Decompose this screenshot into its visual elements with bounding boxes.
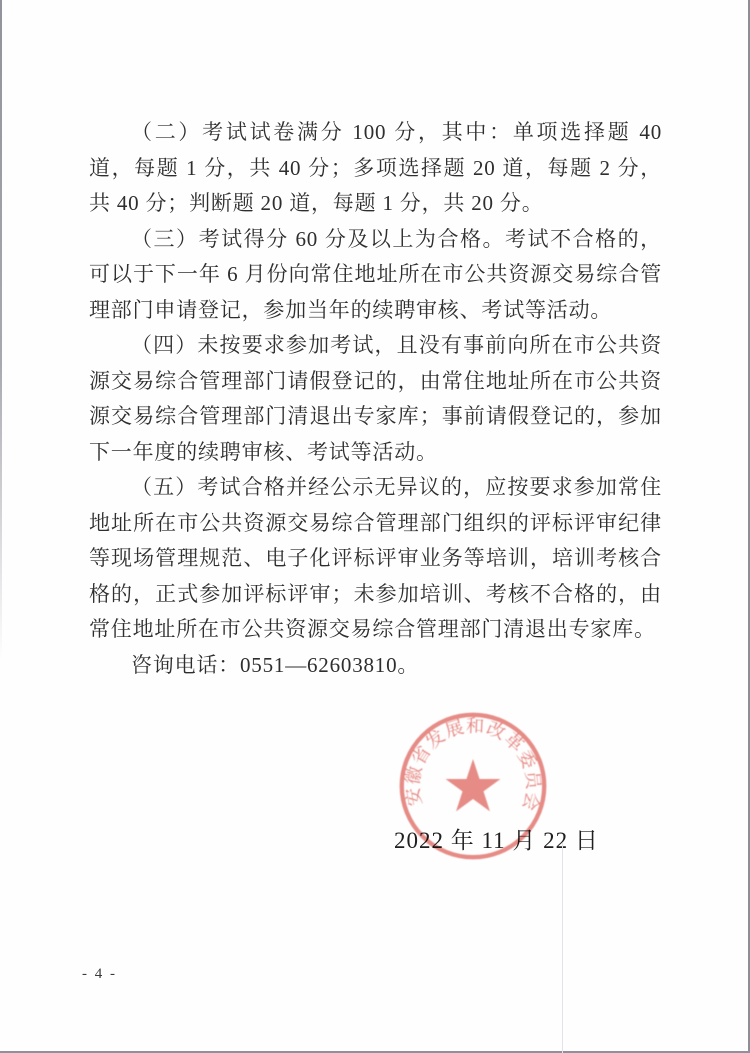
contact-phone-line: 咨询电话：0551—62603810。 <box>89 648 662 684</box>
document-body: （二）考试试卷满分 100 分，其中：单项选择题 40 道，每题 1 分，共 4… <box>89 115 662 683</box>
seal-graphic: 安徽省发展和改革委员会 <box>396 709 550 863</box>
page-number: - 4 - <box>82 966 117 983</box>
star-icon <box>446 759 501 811</box>
scan-edge-left <box>0 0 2 660</box>
paragraph-exam-score: （二）考试试卷满分 100 分，其中：单项选择题 40 道，每题 1 分，共 4… <box>89 115 662 222</box>
document-page: （二）考试试卷满分 100 分，其中：单项选择题 40 道，每题 1 分，共 4… <box>0 0 750 1053</box>
paragraph-pass-rule: （三）考试得分 60 分及以上为合格。考试不合格的，可以于下一年 6 月份向常住… <box>89 222 662 329</box>
scan-crease <box>562 843 563 1053</box>
paragraph-training-rule: （五）考试合格并经公示无异议的，应按要求参加常住地址所在市公共资源交易综合管理部… <box>89 470 662 648</box>
official-seal: 安徽省发展和改革委员会 <box>396 709 550 863</box>
paragraph-absence-rule: （四）未按要求参加考试，且没有事前向所在市公共资源交易综合管理部门请假登记的，由… <box>89 328 662 470</box>
